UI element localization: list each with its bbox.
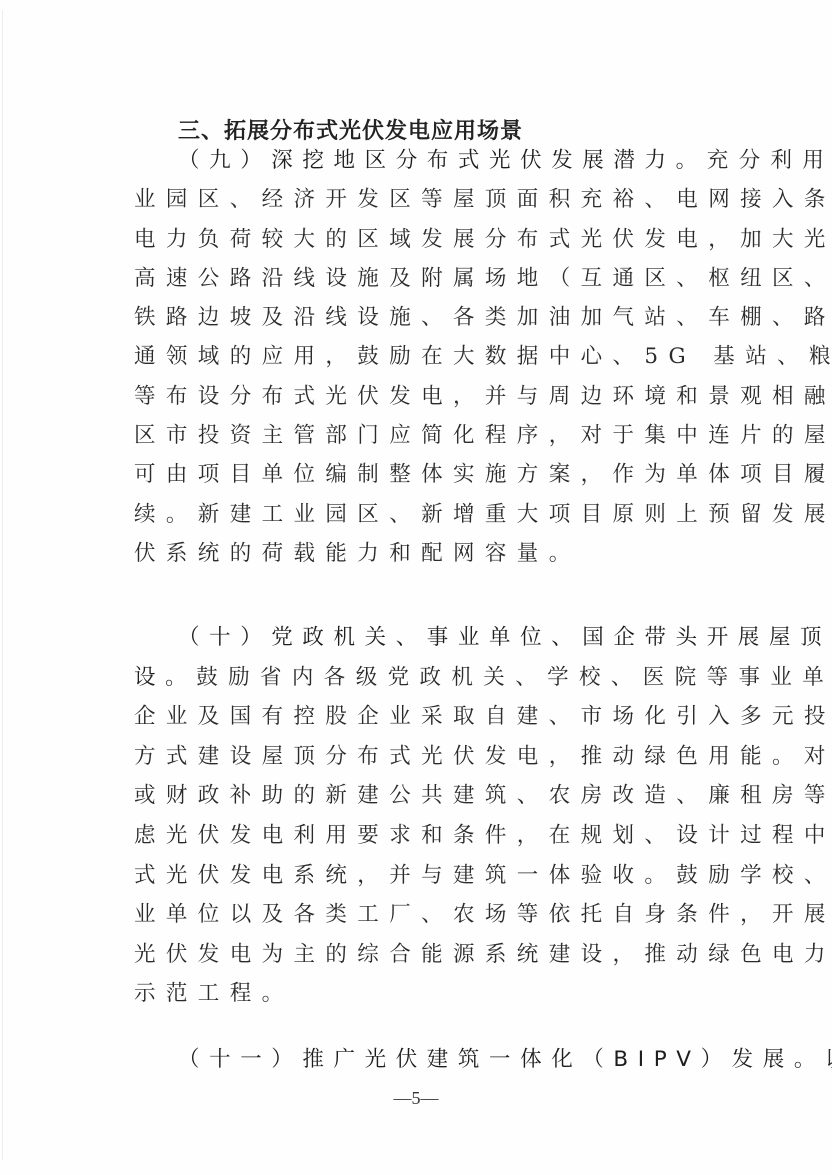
paragraph-line: 电力负荷较大的区域发展分布式光伏发电，加大光伏发电在	[134, 220, 719, 259]
paragraph-text: 以光伏建	[825, 1047, 832, 1072]
paragraph-line: （九）深挖地区分布式光伏发展潜力。充分利用当地工	[134, 141, 719, 180]
paragraph-10: （十）党政机关、事业单位、国企带头开展屋顶光伏建 设。鼓励省内各级党政机关、学校…	[134, 618, 719, 1014]
paragraph-line: 设。鼓励省内各级党政机关、学校、医院等事业单位、国有	[134, 658, 719, 698]
paragraph-line: （十一）推广光伏建筑一体化（BIPV）发展。以光伏建	[134, 1040, 719, 1079]
paragraph-heading: （九）深挖地区分布式光伏发展潜力。	[178, 148, 707, 173]
paragraph-line: 等布设分布式光伏发电，并与周边环境和景观相融合。各设	[134, 377, 719, 416]
paragraph-line: 或财政补助的新建公共建筑、农房改造、廉租房等应充分考	[134, 776, 719, 816]
paragraph-line: 企业及国有控股企业采取自建、市场化引入多元投资主体等	[134, 697, 719, 737]
paragraph-line: 示范工程。	[134, 974, 719, 1014]
paragraph-heading: 设。	[134, 665, 196, 690]
paragraph-line: 业园区、经济开发区等屋顶面积充裕、电网接入条件较好、	[134, 180, 719, 219]
paragraph-line: 通领域的应用，鼓励在大数据中心、5G 基站、粮库、仓储	[134, 337, 719, 376]
paragraph-line: 光伏发电为主的综合能源系统建设，推动绿色电力应用试点	[134, 935, 719, 975]
paragraph-line: 续。新建工业园区、新增重大项目原则上预留发展分布式光	[134, 495, 719, 534]
paragraph-9: （九）深挖地区分布式光伏发展潜力。充分利用当地工 业园区、经济开发区等屋顶面积充…	[134, 141, 719, 573]
paragraph-line: （十）党政机关、事业单位、国企带头开展屋顶光伏建	[134, 618, 719, 658]
paragraph-line: 可由项目单位编制整体实施方案，作为单体项目履行备案手	[134, 455, 719, 494]
paragraph-heading: （十）党政机关、事业单位、国企带头开展屋顶光伏建	[178, 625, 832, 650]
paragraph-text: 充分利用当地工	[707, 148, 832, 173]
paragraph-line: 高速公路沿线设施及附属场地（互通区、枢纽区、边坡等）、	[134, 259, 719, 298]
paragraph-line: 虑光伏发电利用要求和条件，在规划、设计过程中布设分布	[134, 816, 719, 856]
paragraph-line: 方式建设屋顶分布式光伏发电，推动绿色用能。对政府投资	[134, 737, 719, 777]
paragraph-line: 铁路边坡及沿线设施、各类加油加气站、车棚、路灯杆等交	[134, 298, 719, 337]
page-number: —5—	[0, 1088, 832, 1109]
paragraph-line: 业单位以及各类工厂、农场等依托自身条件，开展以分布式	[134, 895, 719, 935]
paragraph-line: 式光伏发电系统，并与建筑一体验收。鼓励学校、医院等事	[134, 856, 719, 896]
paragraph-11: （十一）推广光伏建筑一体化（BIPV）发展。以光伏建	[134, 1040, 719, 1079]
paragraph-line: 伏系统的荷载能力和配网容量。	[134, 534, 719, 573]
document-page: 三、拓展分布式光伏发电应用场景 （九）深挖地区分布式光伏发展潜力。充分利用当地工…	[0, 0, 832, 1175]
paragraph-line: 区市投资主管部门应简化程序，对于集中连片的屋顶资源，	[134, 416, 719, 455]
paragraph-heading: （十一）推广光伏建筑一体化（BIPV）发展。	[178, 1047, 825, 1072]
scan-edge-shadow	[2, 10, 3, 1160]
paragraph-text: 鼓励省内各级党政机关、学校、医院等事业单位、国有	[196, 665, 832, 690]
